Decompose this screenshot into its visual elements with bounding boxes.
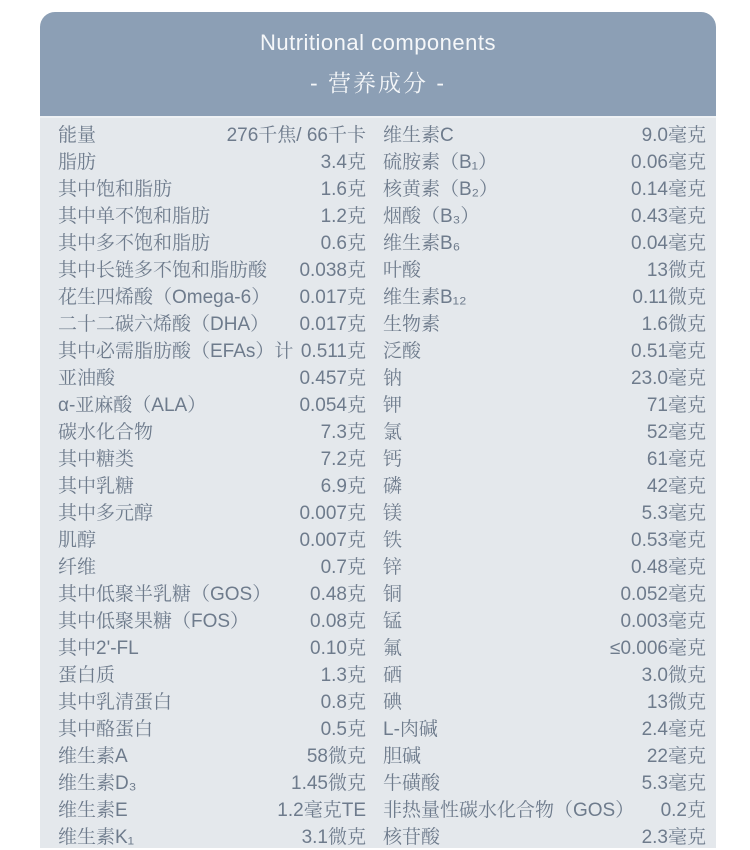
nutrient-label: 锰 bbox=[383, 608, 402, 635]
nutrient-value: 0.017克 bbox=[299, 284, 366, 311]
nutrient-row: 其中饱和脂肪1.6克 bbox=[58, 176, 366, 203]
nutrition-column-right: 维生素C9.0毫克硫胺素（B₁）0.06毫克核黄素（B₂）0.14毫克烟酸（B₃… bbox=[378, 122, 716, 850]
nutrient-label: 其中糖类 bbox=[58, 446, 134, 473]
nutrient-label: 维生素D₃ bbox=[58, 770, 136, 797]
nutrient-label: 铜 bbox=[383, 581, 402, 608]
nutrient-row: 锌0.48毫克 bbox=[383, 554, 706, 581]
nutrient-value: 0.5克 bbox=[321, 716, 366, 743]
panel-header: Nutritional components - 营养成分 - bbox=[40, 12, 716, 118]
nutrient-row: 烟酸（B₃）0.43毫克 bbox=[383, 203, 706, 230]
nutrition-column-left: 能量276千焦/ 66千卡脂肪3.4克其中饱和脂肪1.6克其中单不饱和脂肪1.2… bbox=[40, 122, 378, 850]
nutrient-value: 0.53毫克 bbox=[631, 527, 706, 554]
nutrient-row: 钾71毫克 bbox=[383, 392, 706, 419]
nutrient-label: 镁 bbox=[383, 500, 402, 527]
nutrient-value: 0.052毫克 bbox=[620, 581, 706, 608]
nutrient-label: 维生素B₁₂ bbox=[383, 284, 466, 311]
nutrition-panel: Nutritional components - 营养成分 - 能量276千焦/… bbox=[40, 12, 716, 848]
nutrient-row: 钠23.0毫克 bbox=[383, 365, 706, 392]
nutrient-value: 5.3毫克 bbox=[642, 770, 706, 797]
nutrient-label: 维生素K₁ bbox=[58, 824, 134, 850]
nutrient-row: 非热量性碳水化合物（GOS）0.2克 bbox=[383, 797, 706, 824]
nutrient-value: 0.43毫克 bbox=[631, 203, 706, 230]
nutrient-value: 1.6微克 bbox=[642, 311, 706, 338]
nutrient-value: 0.017克 bbox=[299, 311, 366, 338]
nutrition-table: 能量276千焦/ 66千卡脂肪3.4克其中饱和脂肪1.6克其中单不饱和脂肪1.2… bbox=[40, 118, 716, 848]
nutrient-label: 其中饱和脂肪 bbox=[58, 176, 172, 203]
nutrient-row: 硫胺素（B₁）0.06毫克 bbox=[383, 149, 706, 176]
nutrient-row: 核黄素（B₂）0.14毫克 bbox=[383, 176, 706, 203]
nutrient-row: 其中酪蛋白0.5克 bbox=[58, 716, 366, 743]
nutrient-label: 维生素C bbox=[383, 122, 454, 149]
nutrient-value: 5.3毫克 bbox=[642, 500, 706, 527]
nutrient-value: 3.0微克 bbox=[642, 662, 706, 689]
nutrient-row: 硒3.0微克 bbox=[383, 662, 706, 689]
nutrient-value: 1.2毫克TE bbox=[277, 797, 366, 824]
nutrient-label: 其中乳糖 bbox=[58, 473, 134, 500]
nutrient-row: 维生素C9.0毫克 bbox=[383, 122, 706, 149]
nutrient-label: 其中多元醇 bbox=[58, 500, 153, 527]
nutrient-row: 其中低聚半乳糖（GOS）0.48克 bbox=[58, 581, 366, 608]
title-english: Nutritional components bbox=[260, 30, 496, 56]
nutrient-value: 7.3克 bbox=[321, 419, 366, 446]
nutrient-row: 其中多元醇0.007克 bbox=[58, 500, 366, 527]
nutrient-row: 其中2'-FL0.10克 bbox=[58, 635, 366, 662]
nutrient-value: 52毫克 bbox=[647, 419, 706, 446]
nutrient-label: 烟酸（B₃） bbox=[383, 203, 479, 230]
nutrient-label: 肌醇 bbox=[58, 527, 96, 554]
nutrient-label: 其中必需脂肪酸（EFAs）计 bbox=[58, 338, 293, 365]
nutrient-label: 纤维 bbox=[58, 554, 96, 581]
nutrient-label: 氟 bbox=[383, 635, 402, 662]
nutrient-row: α-亚麻酸（ALA）0.054克 bbox=[58, 392, 366, 419]
nutrient-label: L-肉碱 bbox=[383, 716, 438, 743]
nutrient-row: 其中乳糖6.9克 bbox=[58, 473, 366, 500]
nutrient-row: 磷42毫克 bbox=[383, 473, 706, 500]
nutrient-value: 0.7克 bbox=[321, 554, 366, 581]
nutrient-value: 0.48克 bbox=[310, 581, 366, 608]
nutrient-label: 铁 bbox=[383, 527, 402, 554]
nutrient-label: 泛酸 bbox=[383, 338, 421, 365]
nutrient-label: 氯 bbox=[383, 419, 402, 446]
nutrient-value: 42毫克 bbox=[647, 473, 706, 500]
nutrient-value: 0.51毫克 bbox=[631, 338, 706, 365]
nutrient-row: 泛酸0.51毫克 bbox=[383, 338, 706, 365]
nutrient-value: 0.2克 bbox=[661, 797, 706, 824]
nutrient-value: 0.48毫克 bbox=[631, 554, 706, 581]
nutrient-row: 维生素B₁₂0.11微克 bbox=[383, 284, 706, 311]
nutrient-label: 其中乳清蛋白 bbox=[58, 689, 172, 716]
nutrient-row: 核苷酸2.3毫克 bbox=[383, 824, 706, 850]
nutrient-label: 能量 bbox=[58, 122, 96, 149]
nutrient-row: 锰0.003毫克 bbox=[383, 608, 706, 635]
nutrient-value: 22毫克 bbox=[647, 743, 706, 770]
nutrient-value: 1.6克 bbox=[321, 176, 366, 203]
nutrient-row: 铁0.53毫克 bbox=[383, 527, 706, 554]
nutrient-label: 花生四烯酸（Omega-6） bbox=[58, 284, 270, 311]
nutrient-value: 0.8克 bbox=[321, 689, 366, 716]
nutrient-value: 0.511克 bbox=[301, 338, 366, 365]
nutrient-label: 其中低聚果糖（FOS） bbox=[58, 608, 249, 635]
nutrient-row: 其中低聚果糖（FOS）0.08克 bbox=[58, 608, 366, 635]
nutrient-value: 23.0毫克 bbox=[631, 365, 706, 392]
nutrient-label: 磷 bbox=[383, 473, 402, 500]
nutrient-row: 亚油酸0.457克 bbox=[58, 365, 366, 392]
nutrient-value: 2.3毫克 bbox=[642, 824, 706, 850]
nutrient-value: 0.6克 bbox=[321, 230, 366, 257]
nutrient-label: 维生素E bbox=[58, 797, 128, 824]
nutrient-row: 其中多不饱和脂肪0.6克 bbox=[58, 230, 366, 257]
nutrient-row: 其中必需脂肪酸（EFAs）计0.511克 bbox=[58, 338, 366, 365]
nutrient-value: 0.457克 bbox=[299, 365, 366, 392]
nutrient-value: 7.2克 bbox=[321, 446, 366, 473]
nutrient-row: 氟≤0.006毫克 bbox=[383, 635, 706, 662]
nutrient-row: 牛磺酸5.3毫克 bbox=[383, 770, 706, 797]
nutrient-label: 叶酸 bbox=[383, 257, 421, 284]
nutrient-label: 钠 bbox=[383, 365, 402, 392]
nutrient-label: 碘 bbox=[383, 689, 402, 716]
nutrient-value: 71毫克 bbox=[647, 392, 706, 419]
nutrient-label: 牛磺酸 bbox=[383, 770, 440, 797]
nutrient-value: 0.054克 bbox=[299, 392, 366, 419]
nutrient-row: 脂肪3.4克 bbox=[58, 149, 366, 176]
nutrient-row: 维生素B₆0.04毫克 bbox=[383, 230, 706, 257]
nutrient-row: 胆碱22毫克 bbox=[383, 743, 706, 770]
nutrient-row: 生物素1.6微克 bbox=[383, 311, 706, 338]
nutrient-value: 2.4毫克 bbox=[642, 716, 706, 743]
nutrient-row: 纤维0.7克 bbox=[58, 554, 366, 581]
nutrient-row: 镁5.3毫克 bbox=[383, 500, 706, 527]
nutrient-value: 0.007克 bbox=[299, 500, 366, 527]
nutrient-label: 锌 bbox=[383, 554, 402, 581]
nutrient-value: 9.0毫克 bbox=[642, 122, 706, 149]
nutrient-value: 1.45微克 bbox=[291, 770, 366, 797]
nutrient-row: 氯52毫克 bbox=[383, 419, 706, 446]
nutrient-row: 维生素K₁3.1微克 bbox=[58, 824, 366, 850]
nutrient-row: 能量276千焦/ 66千卡 bbox=[58, 122, 366, 149]
nutrient-value: 3.1微克 bbox=[302, 824, 366, 850]
nutrient-label: 生物素 bbox=[383, 311, 440, 338]
nutrient-label: 硒 bbox=[383, 662, 402, 689]
nutrient-value: ≤0.006毫克 bbox=[610, 635, 706, 662]
nutrient-row: 二十二碳六烯酸（DHA）0.017克 bbox=[58, 311, 366, 338]
nutrient-label: 硫胺素（B₁） bbox=[383, 149, 497, 176]
nutrient-value: 276千焦/ 66千卡 bbox=[227, 122, 366, 149]
nutrient-label: α-亚麻酸（ALA） bbox=[58, 392, 206, 419]
nutrient-row: 铜0.052毫克 bbox=[383, 581, 706, 608]
nutrient-label: 其中长链多不饱和脂肪酸 bbox=[58, 257, 267, 284]
nutrient-label: 核黄素（B₂） bbox=[383, 176, 498, 203]
nutrient-row: 维生素D₃1.45微克 bbox=[58, 770, 366, 797]
nutrient-label: 蛋白质 bbox=[58, 662, 115, 689]
nutrient-row: L-肉碱2.4毫克 bbox=[383, 716, 706, 743]
nutrient-value: 13微克 bbox=[647, 257, 706, 284]
nutrient-label: 脂肪 bbox=[58, 149, 96, 176]
nutrient-value: 6.9克 bbox=[321, 473, 366, 500]
nutrient-label: 其中多不饱和脂肪 bbox=[58, 230, 210, 257]
nutrient-value: 61毫克 bbox=[647, 446, 706, 473]
nutrient-row: 叶酸13微克 bbox=[383, 257, 706, 284]
nutrient-value: 0.10克 bbox=[310, 635, 366, 662]
title-chinese: - 营养成分 - bbox=[310, 65, 446, 98]
nutrient-value: 0.11微克 bbox=[632, 284, 706, 311]
nutrient-value: 0.007克 bbox=[299, 527, 366, 554]
nutrient-value: 0.06毫克 bbox=[631, 149, 706, 176]
nutrient-row: 肌醇0.007克 bbox=[58, 527, 366, 554]
nutrient-value: 58微克 bbox=[307, 743, 366, 770]
nutrient-value: 0.003毫克 bbox=[620, 608, 706, 635]
nutrient-label: 胆碱 bbox=[383, 743, 421, 770]
nutrient-value: 1.2克 bbox=[321, 203, 366, 230]
nutrient-value: 0.14毫克 bbox=[631, 176, 706, 203]
nutrient-label: 其中酪蛋白 bbox=[58, 716, 153, 743]
nutrient-value: 0.038克 bbox=[299, 257, 366, 284]
nutrient-label: 碳水化合物 bbox=[58, 419, 153, 446]
nutrient-label: 维生素A bbox=[58, 743, 128, 770]
nutrient-row: 其中糖类7.2克 bbox=[58, 446, 366, 473]
nutrient-row: 碘13微克 bbox=[383, 689, 706, 716]
nutrient-label: 亚油酸 bbox=[58, 365, 115, 392]
nutrient-row: 维生素A58微克 bbox=[58, 743, 366, 770]
nutrient-label: 核苷酸 bbox=[383, 824, 440, 850]
nutrient-value: 13微克 bbox=[647, 689, 706, 716]
nutrient-row: 花生四烯酸（Omega-6）0.017克 bbox=[58, 284, 366, 311]
nutrient-label: 钙 bbox=[383, 446, 402, 473]
nutrient-value: 1.3克 bbox=[321, 662, 366, 689]
nutrient-row: 蛋白质1.3克 bbox=[58, 662, 366, 689]
nutrient-row: 碳水化合物7.3克 bbox=[58, 419, 366, 446]
nutrient-value: 0.04毫克 bbox=[631, 230, 706, 257]
nutrient-row: 钙61毫克 bbox=[383, 446, 706, 473]
nutrient-label: 维生素B₆ bbox=[383, 230, 460, 257]
nutrient-row: 维生素E1.2毫克TE bbox=[58, 797, 366, 824]
nutrient-label: 其中低聚半乳糖（GOS） bbox=[58, 581, 271, 608]
nutrient-row: 其中长链多不饱和脂肪酸0.038克 bbox=[58, 257, 366, 284]
nutrient-value: 0.08克 bbox=[310, 608, 366, 635]
nutrient-value: 3.4克 bbox=[321, 149, 366, 176]
nutrient-row: 其中乳清蛋白0.8克 bbox=[58, 689, 366, 716]
nutrient-label: 其中2'-FL bbox=[58, 635, 139, 662]
nutrient-label: 非热量性碳水化合物（GOS） bbox=[383, 797, 634, 824]
nutrient-row: 其中单不饱和脂肪1.2克 bbox=[58, 203, 366, 230]
nutrient-label: 其中单不饱和脂肪 bbox=[58, 203, 210, 230]
nutrient-label: 二十二碳六烯酸（DHA） bbox=[58, 311, 269, 338]
nutrient-label: 钾 bbox=[383, 392, 402, 419]
